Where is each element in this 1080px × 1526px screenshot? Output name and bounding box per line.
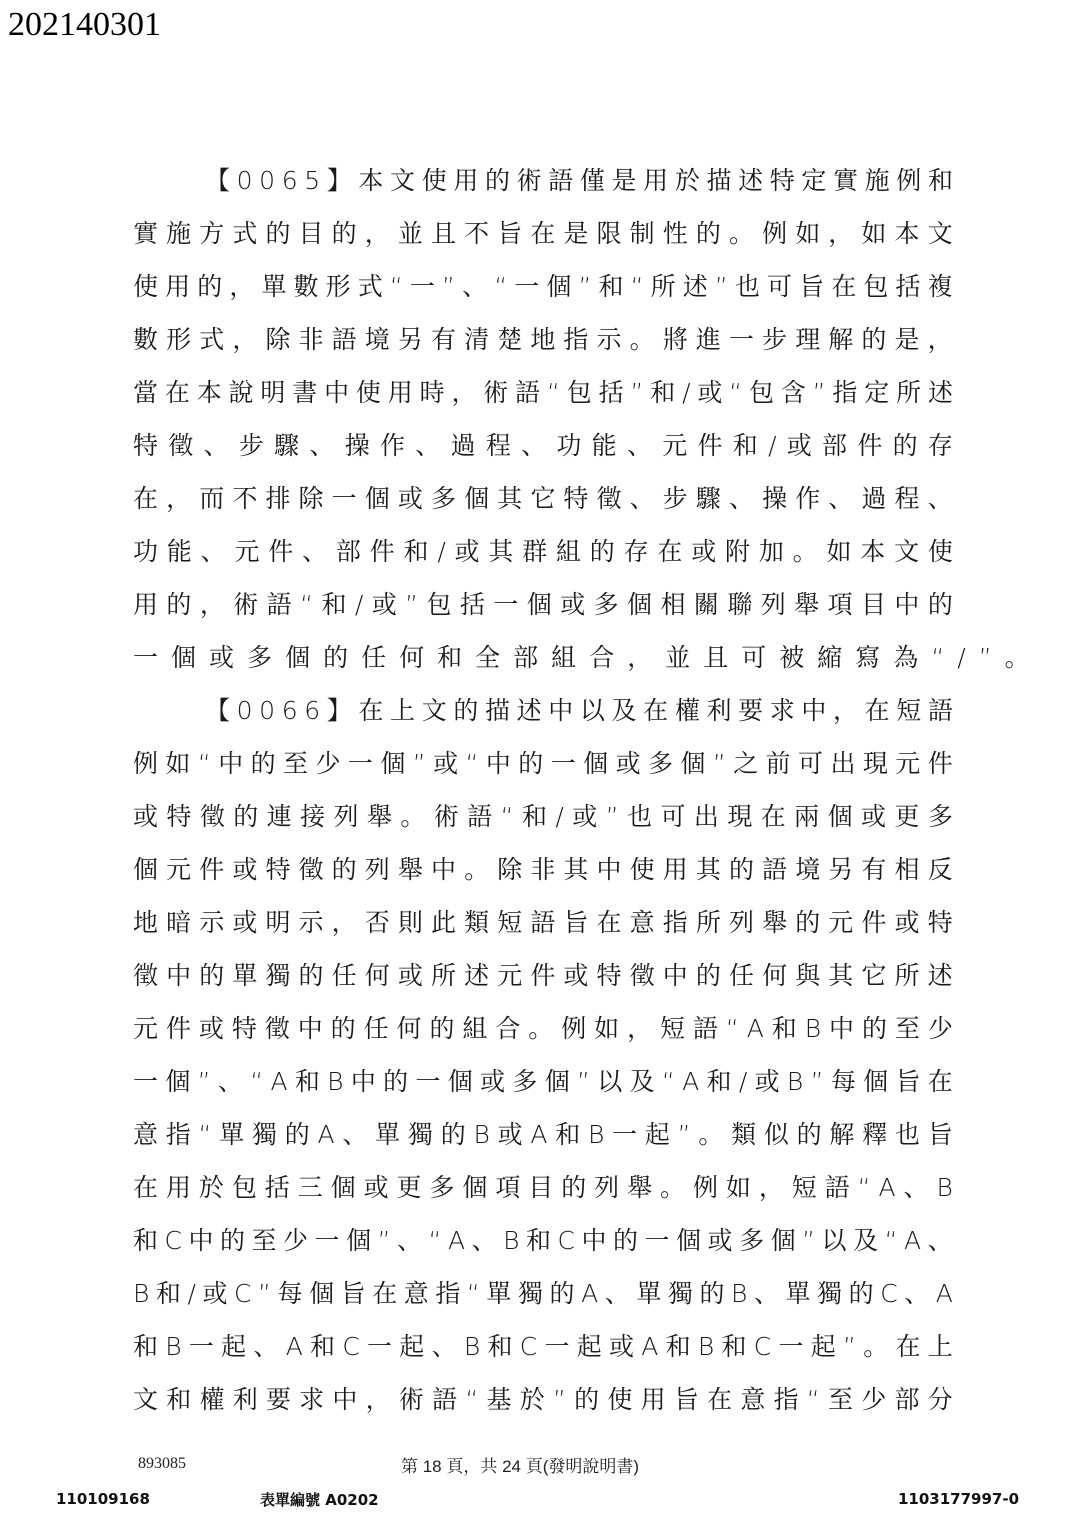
paragraph-0066-line: 一個”、“A和B中的一個或多個”以及“A和/或B”每個旨在 <box>133 1063 953 1116</box>
paragraph-0066-line: 個元件或特徵的列舉中。除非其中使用其的語境另有相反 <box>133 851 953 904</box>
paragraph-0065-line: 使用的，單數形式“一”、“一個”和“所述”也可旨在包括複 <box>133 268 953 321</box>
paragraph-0065-line: 當在本說明書中使用時，術語“包括”和/或“包含”指定所述 <box>133 374 953 427</box>
paragraph-0065-line: 在，而不排除一個或多個其它特徵、步驟、操作、過程、 <box>133 480 953 533</box>
paragraph-0066-line: 【0066】在上文的描述中以及在權利要求中，在短語 <box>133 692 953 745</box>
paragraph-0066-line: 在用於包括三個或更多個項目的列舉。例如，短語“A、B <box>133 1169 953 1222</box>
paragraph-0066-line: 徵中的單獨的任何或所述元件或特徵中的任何與其它所述 <box>133 957 953 1010</box>
paragraph-0066-line: 文和權利要求中，術語“基於”的使用旨在意指“至少部分 <box>133 1381 953 1434</box>
paragraph-0066-line: 和B一起、A和C一起、B和C一起或A和B和C一起”。在上 <box>133 1328 953 1381</box>
paragraph-0066-line: 和C中的至少一個”、“A、B和C中的一個或多個”以及“A、 <box>133 1222 953 1275</box>
footer-form-number: 表單編號 A0202 <box>260 1489 379 1510</box>
paragraph-0065-line: 用的，術語“和/或”包括一個或多個相關聯列舉項目中的 <box>133 586 953 639</box>
paragraph-0065-line: 實施方式的目的，並且不旨在是限制性的。例如，如本文 <box>133 215 953 268</box>
footer-right-code: 1103177997-0 <box>898 1490 1019 1508</box>
paragraph-0066-line: 元件或特徵中的任何的組合。例如，短語“A和B中的至少 <box>133 1010 953 1063</box>
paragraph-0066-line: B和/或C”每個旨在意指“單獨的A、單獨的B、單獨的C、A <box>133 1275 953 1328</box>
paragraph-0065-line: 特徵、步驟、操作、過程、功能、元件和/或部件的存 <box>133 427 953 480</box>
paragraph-0065-line: 功能、元件、部件和/或其群組的存在或附加。如本文使 <box>133 533 953 586</box>
paragraph-0066-line: 例如“中的至少一個”或“中的一個或多個”之前可出現元件 <box>133 745 953 798</box>
paragraph-0066-line: 或特徵的連接列舉。術語“和/或”也可出現在兩個或更多 <box>133 798 953 851</box>
document-body: 【0065】本文使用的術語僅是用於描述特定實施例和 實施方式的目的，並且不旨在是… <box>133 162 953 1434</box>
paragraph-0065-line: 一個或多個的任何和全部組合，並且可被縮寫為“/”。 <box>133 639 953 692</box>
paragraph-0066-line: 地暗示或明示，否則此類短語旨在意指所列舉的元件或特 <box>133 904 953 957</box>
document-number: 202140301 <box>8 6 161 44</box>
paragraph-0065-line: 數形式，除非語境另有清楚地指示。將進一步理解的是， <box>133 321 953 374</box>
paragraph-0065-line: 【0065】本文使用的術語僅是用於描述特定實施例和 <box>133 162 953 215</box>
paragraph-0066-line: 意指“單獨的A、單獨的B或A和B一起”。類似的解釋也旨 <box>133 1116 953 1169</box>
footer-page-id: 893085 <box>138 1455 186 1473</box>
footer-page-number: 第 18 頁，共 24 頁(發明說明書) <box>401 1452 639 1477</box>
footer-left-code: 110109168 <box>56 1490 150 1508</box>
